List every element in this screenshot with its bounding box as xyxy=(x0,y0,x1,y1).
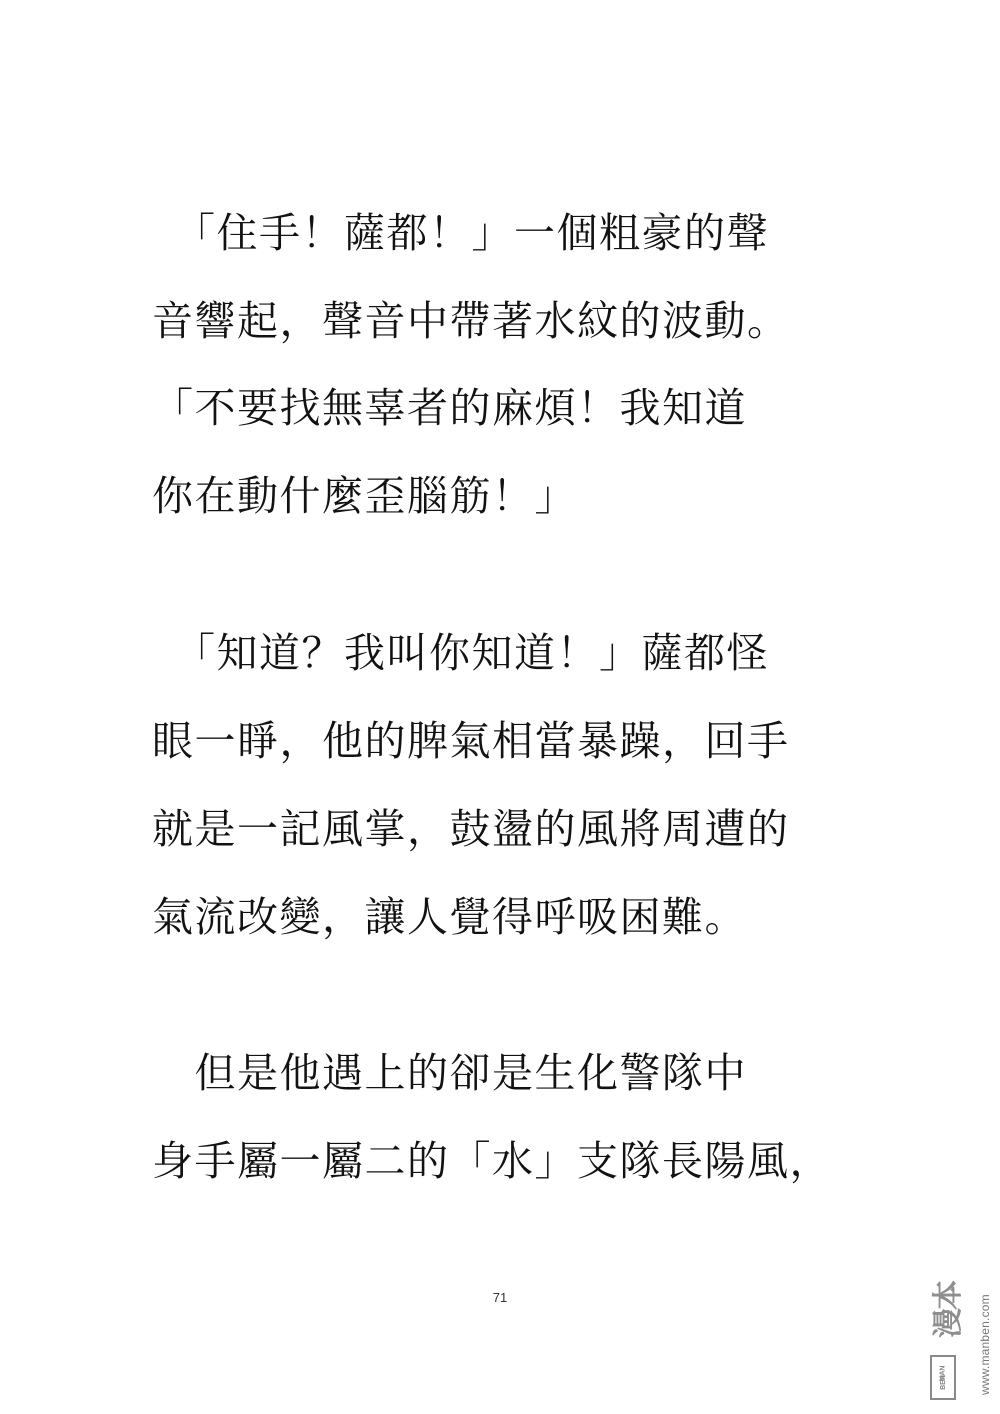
watermark-logo-icon: 漫本 xyxy=(928,1270,962,1350)
text-line-5: 「知道？我叫你知道！」薩都怪 xyxy=(152,628,769,678)
text-line-2: 音響起，聲音中帶著水紋的波動。 xyxy=(152,296,790,346)
text-line-6: 眼一睜，他的脾氣相當暴躁，回手 xyxy=(152,716,790,766)
text-line-7: 就是一記風掌，鼓盪的風將周遭的 xyxy=(152,804,790,854)
text-line-8: 氣流改變，讓人覺得呼吸困難。 xyxy=(152,892,747,942)
text-line-3: 「不要找無辜者的麻煩！我知道 xyxy=(152,383,747,433)
text-line-9: 但是他遇上的卻是生化警隊中 xyxy=(152,1048,747,1098)
watermark-url: www.manben.com xyxy=(978,1294,992,1395)
text-line-4: 你在動什麼歪腦筋！」 xyxy=(152,471,577,521)
watermark-box-bottom: BEN xyxy=(939,1375,948,1390)
watermark-logo-glyph: 漫本 xyxy=(923,1282,967,1338)
text-line-1: 「住手！薩都！」一個粗豪的聲 xyxy=(152,208,769,258)
watermark-box-icon: MAN BEN xyxy=(930,1355,956,1400)
page-number: 71 xyxy=(0,1290,1000,1305)
book-page: 「住手！薩都！」一個粗豪的聲 音響起，聲音中帶著水紋的波動。 「不要找無辜者的麻… xyxy=(0,0,1000,1414)
text-line-10: 身手屬一屬二的「水」支隊長陽風， xyxy=(152,1136,832,1186)
